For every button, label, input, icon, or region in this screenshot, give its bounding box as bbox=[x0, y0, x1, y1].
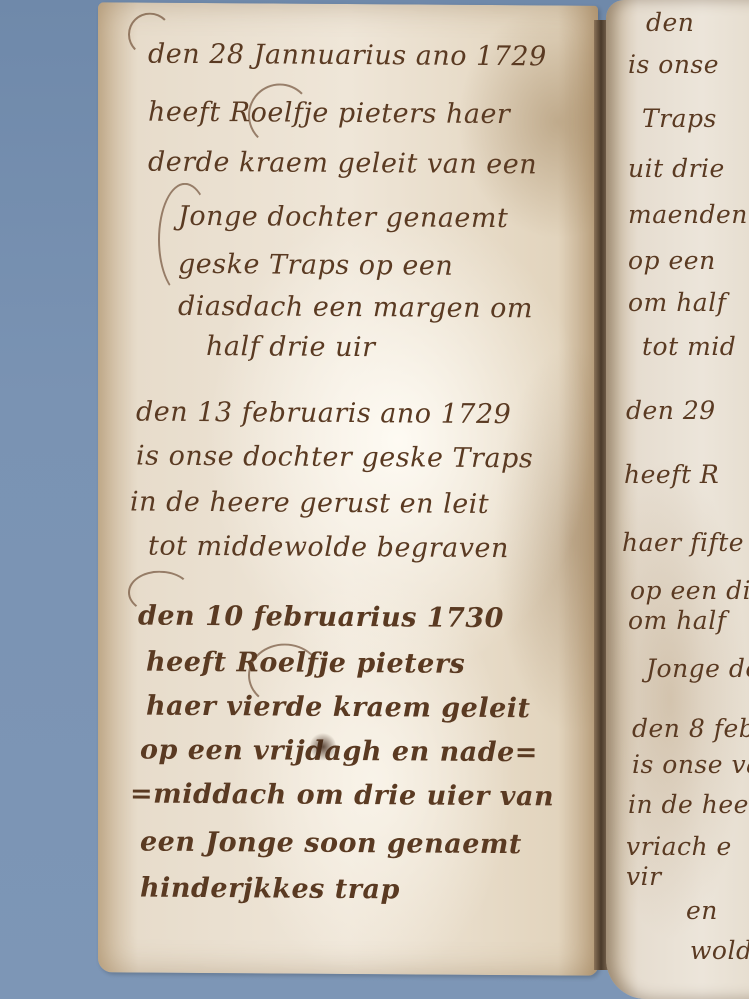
rp-line-14: Jonge doc bbox=[646, 656, 749, 681]
entry-3-line-3: haer vierde kraem geleit bbox=[146, 693, 531, 723]
rp-line-5: maenden bbox=[628, 202, 748, 227]
entry-2-line-2: is onse dochter geske Traps bbox=[136, 443, 533, 473]
entry-3-line-1: den 10 februarius 1730 bbox=[138, 603, 504, 633]
rp-line-2: is onse bbox=[628, 52, 719, 77]
rp-line-7: om half bbox=[628, 290, 726, 315]
rp-line-20: en bbox=[686, 898, 718, 923]
entry-2-line-4: tot middewolde begraven bbox=[148, 533, 509, 563]
rp-line-19: vir bbox=[626, 864, 662, 889]
rp-line-11: haer fifte bbox=[622, 530, 744, 555]
right-manuscript-page-partial: den is onse Traps uit drie maenden op ee… bbox=[606, 0, 749, 999]
rp-line-21: wold bbox=[690, 938, 749, 963]
entry-1-line-3: derde kraem geleit van een bbox=[148, 149, 537, 179]
entry-3-line-5: =middach om drie uier van bbox=[130, 780, 554, 810]
rp-line-1: den bbox=[646, 10, 694, 35]
flourish-r-3 bbox=[248, 643, 322, 708]
entry-1-line-2: heeft Roelfje pieters haer bbox=[148, 99, 510, 129]
rp-line-16: is onse va bbox=[632, 752, 749, 777]
rp-line-12: op een din bbox=[630, 578, 749, 603]
rp-line-3: Traps bbox=[642, 106, 717, 131]
flourish-r-1 bbox=[248, 83, 312, 147]
rp-line-13: om half bbox=[628, 608, 726, 633]
entry-3-line-6: een Jonge soon genaemt bbox=[140, 829, 522, 859]
ink-blot bbox=[310, 732, 336, 762]
entry-1-line-5: geske Traps op een bbox=[178, 251, 453, 280]
entry-1-line-6: diasdach een margen om bbox=[178, 293, 533, 322]
entry-3-line-7: hinderjkkes trap bbox=[140, 875, 400, 904]
entry-3-line-4: op een vrijdagh en nade= bbox=[140, 737, 538, 767]
rp-line-15: den 8 feb bbox=[632, 716, 749, 741]
flourish-j-1 bbox=[158, 183, 212, 297]
flourish-d-3 bbox=[128, 570, 192, 614]
rp-line-18: vriach e bbox=[626, 834, 732, 859]
entry-2-line-3: in de heere gerust en leit bbox=[130, 488, 489, 518]
entry-2-line-1: den 13 februaris ano 1729 bbox=[136, 399, 511, 429]
entry-1-line-4: Jonge dochter genaemt bbox=[178, 203, 508, 232]
rp-line-6: op een bbox=[628, 248, 716, 273]
left-manuscript-page: den 28 Jannuarius ano 1729 heeft Roelfje… bbox=[98, 2, 598, 975]
rp-line-4: uit drie bbox=[628, 156, 725, 181]
flourish-d-1 bbox=[128, 12, 172, 56]
rp-line-17: in de hee bbox=[628, 792, 749, 817]
entry-1-line-1: den 28 Jannuarius ano 1729 bbox=[148, 41, 547, 71]
rp-line-9: den 29 bbox=[626, 398, 716, 423]
rp-line-10: heeft R bbox=[624, 462, 719, 487]
rp-line-8: tot mid bbox=[642, 334, 736, 359]
entry-1-line-7: half drie uir bbox=[206, 333, 376, 361]
